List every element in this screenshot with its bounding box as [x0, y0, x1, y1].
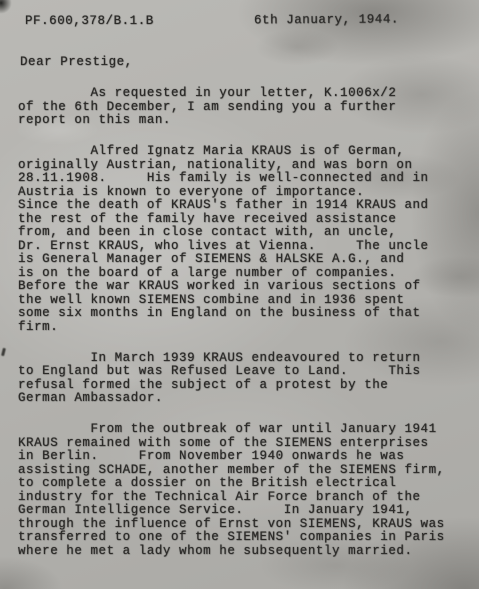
paragraph-landing-refusal: In March 1939 KRAUS endeavoured to retur… [18, 352, 476, 406]
reference-number: PF.600,378/B.1.B [25, 15, 154, 29]
document-date: 6th January, 1944. [254, 13, 399, 28]
letter-body: As requested in your letter, K.1006x/2 o… [18, 87, 476, 576]
paragraph-intro: As requested in your letter, K.1006x/2 o… [18, 87, 476, 128]
paragraph-war-activities: From the outbreak of war until January 1… [18, 423, 476, 558]
salutation: Dear Prestige, [20, 56, 133, 70]
document-scan: PF.600,378/B.1.B 6th January, 1944. Dear… [0, 0, 479, 589]
paragraph-background: Alfred Ignatz Maria KRAUS is of German, … [18, 145, 476, 334]
scan-artifact-mark [1, 348, 6, 356]
